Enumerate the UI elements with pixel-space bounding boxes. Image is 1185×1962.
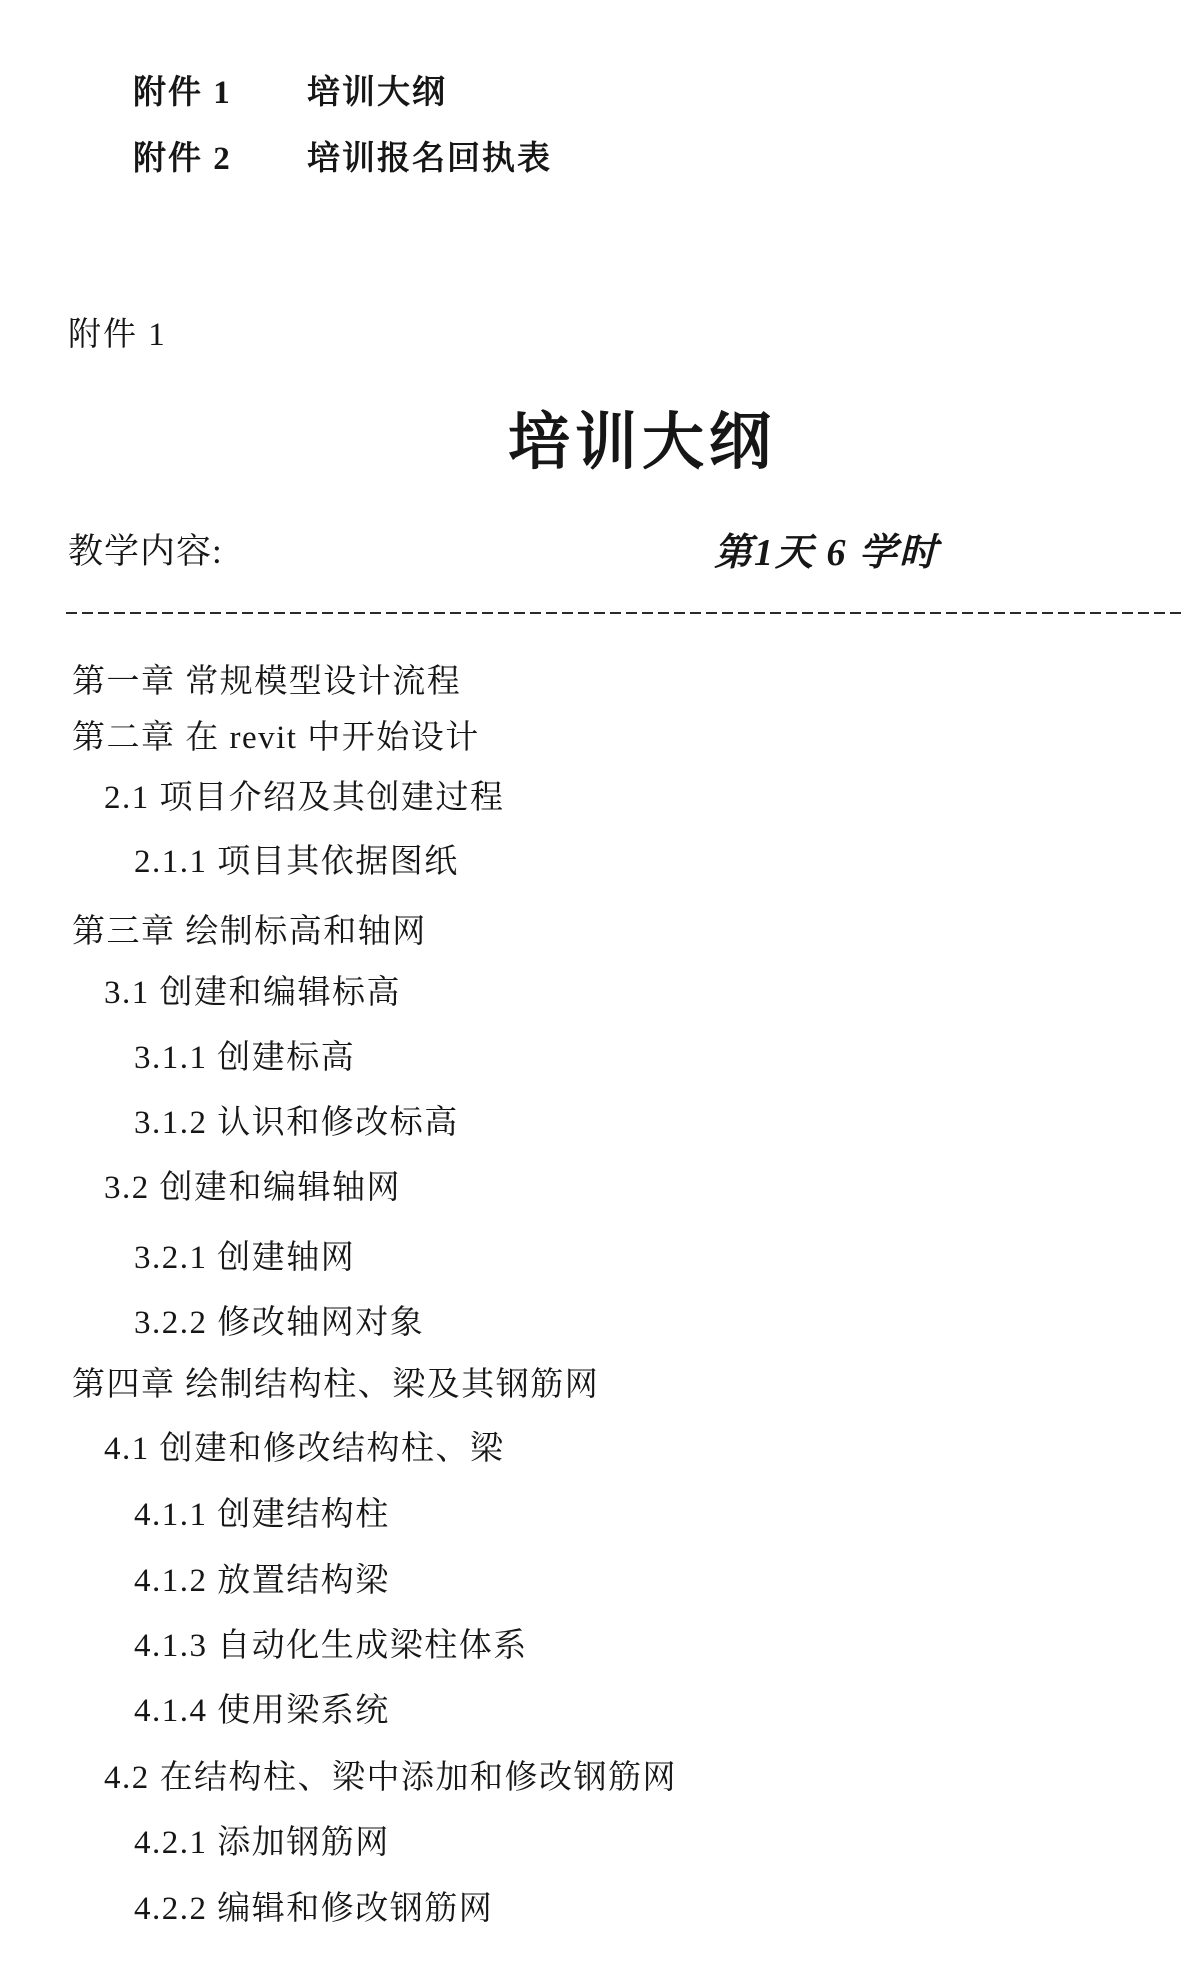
outline-item: 3.1.2 认识和修改标高 bbox=[134, 1104, 459, 1144]
dashed-divider bbox=[66, 612, 1185, 614]
outline-item: 4.1.2 放置结构梁 bbox=[134, 1562, 390, 1602]
outline-item: 4.2.1 添加钢筋网 bbox=[134, 1824, 390, 1864]
outline-item: 3.2.2 修改轴网对象 bbox=[134, 1304, 424, 1344]
teaching-content-label: 教学内容: bbox=[68, 524, 223, 574]
outline-item: 2.1 项目介绍及其创建过程 bbox=[104, 779, 505, 819]
attachment-label: 附件 1 bbox=[133, 66, 232, 113]
attachment-label: 附件 2 bbox=[133, 132, 232, 179]
outline-item: 3.2 创建和编辑轴网 bbox=[104, 1169, 401, 1209]
outline-item: 4.1.1 创建结构柱 bbox=[134, 1496, 390, 1536]
document-page: 附件 1 培训大纲 附件 2 培训报名回执表 附件 1 培训大纲 教学内容: 第… bbox=[0, 0, 1185, 1962]
outline-item: 2.1.1 项目其依据图纸 bbox=[134, 843, 459, 883]
session-duration-note: 第1天 6 学时 bbox=[714, 521, 939, 576]
outline-item: 4.2 在结构柱、梁中添加和修改钢筋网 bbox=[104, 1759, 677, 1799]
attachment-title: 培训报名回执表 bbox=[307, 132, 552, 179]
outline-item: 3.1 创建和编辑标高 bbox=[104, 974, 401, 1014]
outline-item: 4.2.2 编辑和修改钢筋网 bbox=[134, 1890, 493, 1930]
outline-item: 3.1.1 创建标高 bbox=[134, 1039, 355, 1079]
outline-item: 4.1.4 使用梁系统 bbox=[134, 1692, 390, 1732]
outline-item: 4.1.3 自动化生成梁柱体系 bbox=[134, 1627, 528, 1667]
page-title: 培训大纲 bbox=[508, 392, 776, 481]
outline-item: 第一章 常规模型设计流程 bbox=[72, 663, 461, 703]
attachment-marker: 附件 1 bbox=[68, 308, 167, 355]
outline-item: 4.1 创建和修改结构柱、梁 bbox=[104, 1430, 505, 1470]
outline-item: 3.2.1 创建轴网 bbox=[134, 1239, 355, 1279]
outline-item: 第四章 绘制结构柱、梁及其钢筋网 bbox=[72, 1366, 599, 1406]
outline-item: 第三章 绘制标高和轴网 bbox=[72, 913, 427, 953]
attachment-title: 培训大纲 bbox=[307, 66, 447, 113]
outline-item: 第二章 在 revit 中开始设计 bbox=[72, 719, 480, 759]
